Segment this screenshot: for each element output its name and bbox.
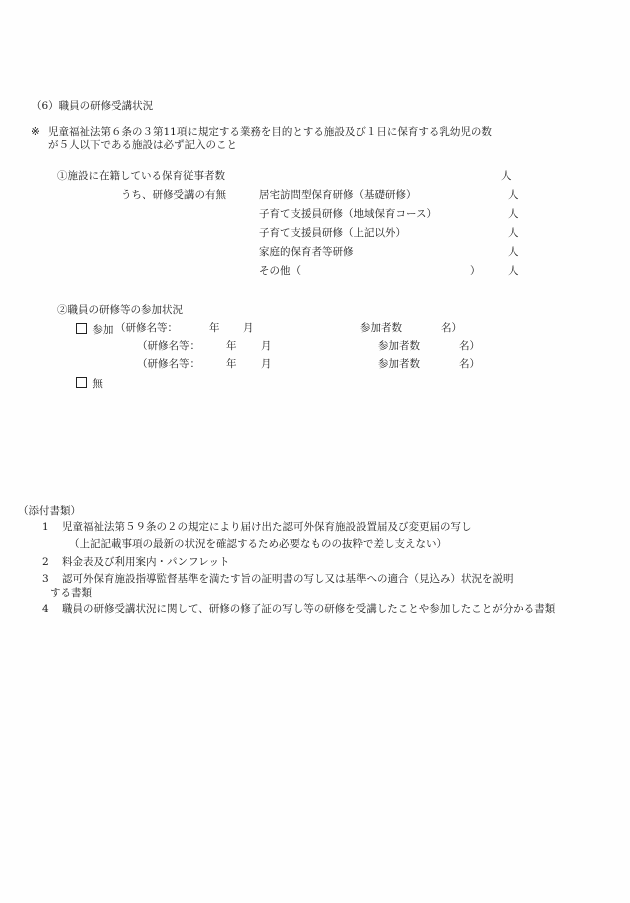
training-unit: 人 [508, 209, 519, 220]
training-sub-label: うち、研修受講の有無 [121, 190, 226, 201]
training-label: 居宅訪問型保育研修（基礎研修） [259, 190, 417, 201]
none-label: 無 [92, 378, 103, 390]
year-field: 年 [209, 323, 220, 334]
training-label: その他（ [259, 266, 301, 277]
attachment-text: 認可外保育施設指導監督基準を満たす旨の証明書の写し又は基準への適合（見込み）状況… [62, 574, 514, 585]
training-label: 子育て支援員研修（上記以外） [259, 228, 406, 239]
participant-count-unit: 名） [441, 323, 462, 334]
none-option[interactable]: 無 [76, 377, 103, 390]
attachment-number: 1 [42, 522, 49, 533]
section-title: （6）職員の研修受講状況 [31, 101, 153, 112]
attachments-heading: （添付書類） [18, 506, 81, 517]
training-close-paren: ） [470, 266, 481, 277]
participant-count-label: 参加者数 [378, 359, 420, 370]
training-name-field: （研修名等： [137, 341, 200, 352]
attachment-text: 職員の研修受講状況に関して、研修の修了証の写し等の研修を受講したことや参加したこ… [62, 604, 555, 615]
training-unit: 人 [508, 266, 519, 277]
note-mark: ※ [31, 127, 40, 138]
year-field: 年 [226, 359, 237, 370]
training-unit: 人 [508, 247, 519, 258]
attachment-text-cont: する書類 [50, 588, 92, 599]
participant-count-unit: 名） [459, 341, 480, 352]
training-unit: 人 [508, 228, 519, 239]
participant-count-unit: 名） [459, 359, 480, 370]
month-field: 月 [261, 359, 272, 370]
note-line-1: 児童福祉法第６条の３第11項に規定する業務を目的とする施設及び１日に保育する乳幼… [48, 127, 492, 138]
participation-heading: ②職員の研修等の参加状況 [57, 305, 183, 316]
participant-count-label: 参加者数 [378, 341, 420, 352]
training-name-field: （研修名等： [137, 359, 200, 370]
attachment-text-cont: （上記記載事項の最新の状況を確認するため必要なものの抜粋で差し支えない） [69, 539, 447, 550]
attachment-number: 3 [42, 574, 49, 585]
training-label: 子育て支援員研修（地域保育コース） [259, 209, 437, 220]
participate-option[interactable]: 参加 [76, 323, 113, 336]
month-field: 月 [243, 323, 254, 334]
attachment-number: 2 [42, 557, 49, 568]
month-field: 月 [261, 341, 272, 352]
staff-heading: ①施設に在籍している保育従事者数 [57, 171, 225, 182]
training-label: 家庭的保育者等研修 [259, 247, 354, 258]
year-field: 年 [226, 341, 237, 352]
attachment-text: 料金表及び利用案内・パンフレット [62, 557, 229, 568]
none-checkbox[interactable] [76, 377, 87, 388]
participate-checkbox[interactable] [76, 323, 87, 334]
attachment-number: 4 [42, 604, 49, 615]
participant-count-label: 参加者数 [360, 323, 402, 334]
training-unit: 人 [508, 190, 519, 201]
staff-unit: 人 [501, 171, 512, 182]
participate-label: 参加 [92, 324, 113, 336]
attachment-text: 児童福祉法第５９条の２の規定により届け出た認可外保育施設設置届及び変更届の写し [62, 522, 472, 533]
note-line-2: が５人以下である施設は必ず記入のこと [48, 140, 237, 151]
training-name-field: （研修名等： [115, 323, 178, 334]
